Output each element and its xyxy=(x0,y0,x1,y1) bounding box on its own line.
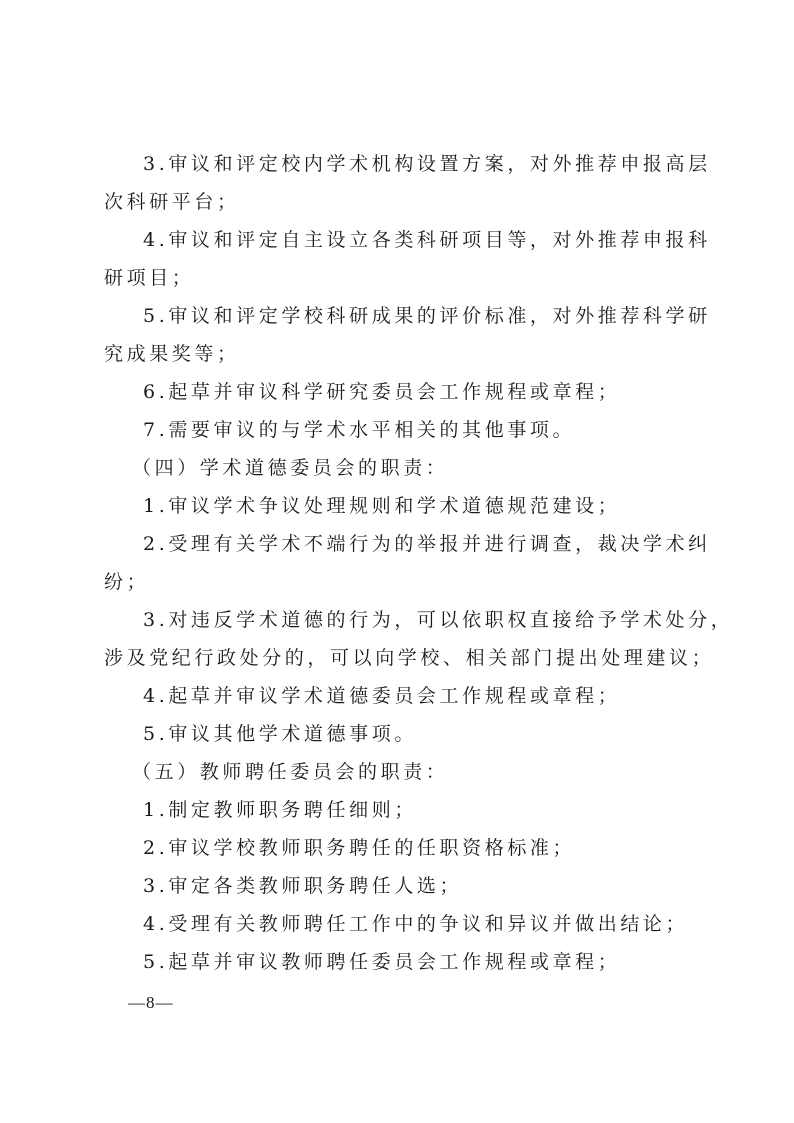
text-line: 1.制定教师职务聘任细则； xyxy=(143,791,723,829)
text-line: 2.审议学校教师职务聘任的任职资格标准； xyxy=(143,829,723,867)
text-line: 3.对违反学术道德的行为，可以依职权直接给予学术处分， xyxy=(143,601,723,639)
text-line: 4.受理有关教师聘任工作中的争议和异议并做出结论； xyxy=(143,905,723,943)
section-heading: （五）教师聘任委员会的职责： xyxy=(132,753,712,791)
text-line: 3.审议和评定校内学术机构设置方案，对外推荐申报高层 xyxy=(143,145,723,183)
text-line: 3.审定各类教师职务聘任人选； xyxy=(143,867,723,905)
text-line: 研项目； xyxy=(104,259,684,297)
text-line: 7.需要审议的与学术水平相关的其他事项。 xyxy=(143,411,723,449)
text-line: 纷； xyxy=(104,563,684,601)
text-line: 5.审议和评定学校科研成果的评价标准，对外推荐科学研 xyxy=(143,297,723,335)
document-page: 3.审议和评定校内学术机构设置方案，对外推荐申报高层 次科研平台； 4.审议和评… xyxy=(0,0,794,1123)
text-line: 5.审议其他学术道德事项。 xyxy=(143,715,723,753)
text-line: 2.受理有关学术不端行为的举报并进行调查，裁决学术纠 xyxy=(143,525,723,563)
text-line: 次科研平台； xyxy=(104,183,684,221)
text-line: 5.起草并审议教师聘任委员会工作规程或章程； xyxy=(143,943,723,981)
text-line: 究成果奖等； xyxy=(104,335,684,373)
text-line: 4.起草并审议学术道德委员会工作规程或章程； xyxy=(143,677,723,715)
text-line: 6.起草并审议科学研究委员会工作规程或章程； xyxy=(143,373,723,411)
text-line: 1.审议学术争议处理规则和学术道德规范建设； xyxy=(143,487,723,525)
section-heading: （四）学术道德委员会的职责： xyxy=(132,449,712,487)
text-line: 4.审议和评定自主设立各类科研项目等，对外推荐申报科 xyxy=(143,221,723,259)
page-number: —8— xyxy=(128,993,174,1013)
text-line: 涉及党纪行政处分的，可以向学校、相关部门提出处理建议； xyxy=(104,639,684,677)
